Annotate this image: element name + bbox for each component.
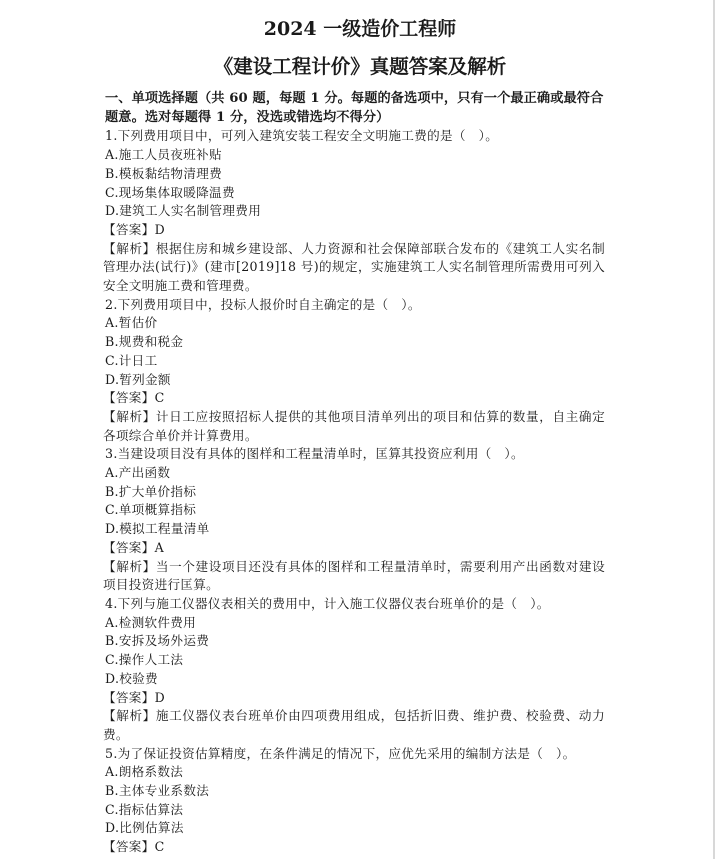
option-d: D.比例估算法 <box>105 819 610 838</box>
option-b: B.扩大单价指标 <box>105 483 610 502</box>
question-5: 5.为了保证投资估算精度，在条件满足的情况下，应优先采用的编制方法是（ ）。 A… <box>105 745 610 857</box>
question-3: 3.当建设项目没有具体的图样和工程量清单时，匡算其投资应利用（ ）。 A.产出函… <box>105 445 610 595</box>
option-d: D.校验费 <box>105 670 610 689</box>
answer: 【答案】D <box>103 221 610 240</box>
option-b: B.主体专业系数法 <box>105 782 610 801</box>
option-c: C.现场集体取暖降温费 <box>105 184 610 203</box>
option-a: A.施工人员夜班补贴 <box>105 146 610 165</box>
question-2: 2.下列费用项目中，投标人报价时自主确定的是（ ）。 A.暂估价 B.规费和税金… <box>105 296 610 446</box>
question-4: 4.下列与施工仪器仪表相关的费用中，计入施工仪器仪表台班单价的是（ ）。 A.检… <box>105 595 610 745</box>
answer: 【答案】D <box>103 689 610 708</box>
option-c: C.指标估算法 <box>105 801 610 820</box>
question-stem: 3.当建设项目没有具体的图样和工程量清单时，匡算其投资应利用（ ）。 <box>105 445 610 464</box>
option-b: B.模板黏结物清理费 <box>105 165 610 184</box>
option-c: C.计日工 <box>105 352 610 371</box>
option-b: B.规费和税金 <box>105 333 610 352</box>
section-heading: 一、单项选择题（共 60 题，每题 1 分。每题的备选项中，只有一个最正确或最符… <box>105 90 610 127</box>
option-a: A.暂估价 <box>105 314 610 333</box>
analysis: 【解析】根据住房和城乡建设部、人力资源和社会保障部联合发布的《建筑工人实名制管理… <box>103 240 605 296</box>
option-a: A.朗格系数法 <box>105 763 610 782</box>
question-stem: 5.为了保证投资估算精度，在条件满足的情况下，应优先采用的编制方法是（ ）。 <box>105 745 610 764</box>
question-stem: 1.下列费用项目中，可列入建筑安装工程安全文明施工费的是（ ）。 <box>105 127 610 146</box>
document-title: 2024 一级造价工程师 <box>105 14 615 46</box>
option-c: C.单项概算指标 <box>105 501 610 520</box>
answer: 【答案】C <box>103 838 610 857</box>
option-d: D.模拟工程量清单 <box>105 520 610 539</box>
document-page: 2024 一级造价工程师 《建设工程计价》真题答案及解析 一、单项选择题（共 6… <box>105 14 610 857</box>
answer: 【答案】A <box>103 539 610 558</box>
page-edge-border <box>713 0 715 859</box>
option-b: B.安拆及场外运费 <box>105 632 610 651</box>
question-stem: 2.下列费用项目中，投标人报价时自主确定的是（ ）。 <box>105 296 610 315</box>
analysis: 【解析】施工仪器仪表台班单价由四项费用组成，包括折旧费、维护费、校验费、动力费。 <box>103 707 605 744</box>
question-stem: 4.下列与施工仪器仪表相关的费用中，计入施工仪器仪表台班单价的是（ ）。 <box>105 595 610 614</box>
option-d: D.暂列金额 <box>105 371 610 390</box>
option-c: C.操作人工法 <box>105 651 610 670</box>
document-subtitle: 《建设工程计价》真题答案及解析 <box>105 46 615 90</box>
option-a: A.产出函数 <box>105 464 610 483</box>
answer: 【答案】C <box>103 389 610 408</box>
question-1: 1.下列费用项目中，可列入建筑安装工程安全文明施工费的是（ ）。 A.施工人员夜… <box>105 127 610 295</box>
analysis: 【解析】当一个建设项目还没有具体的图样和工程量清单时，需要利用产出函数对建设项目… <box>103 558 605 595</box>
analysis: 【解析】计日工应按照招标人提供的其他项目清单列出的项目和估算的数量，自主确定各项… <box>103 408 605 445</box>
option-a: A.检测软件费用 <box>105 614 610 633</box>
option-d: D.建筑工人实名制管理费用 <box>105 202 610 221</box>
